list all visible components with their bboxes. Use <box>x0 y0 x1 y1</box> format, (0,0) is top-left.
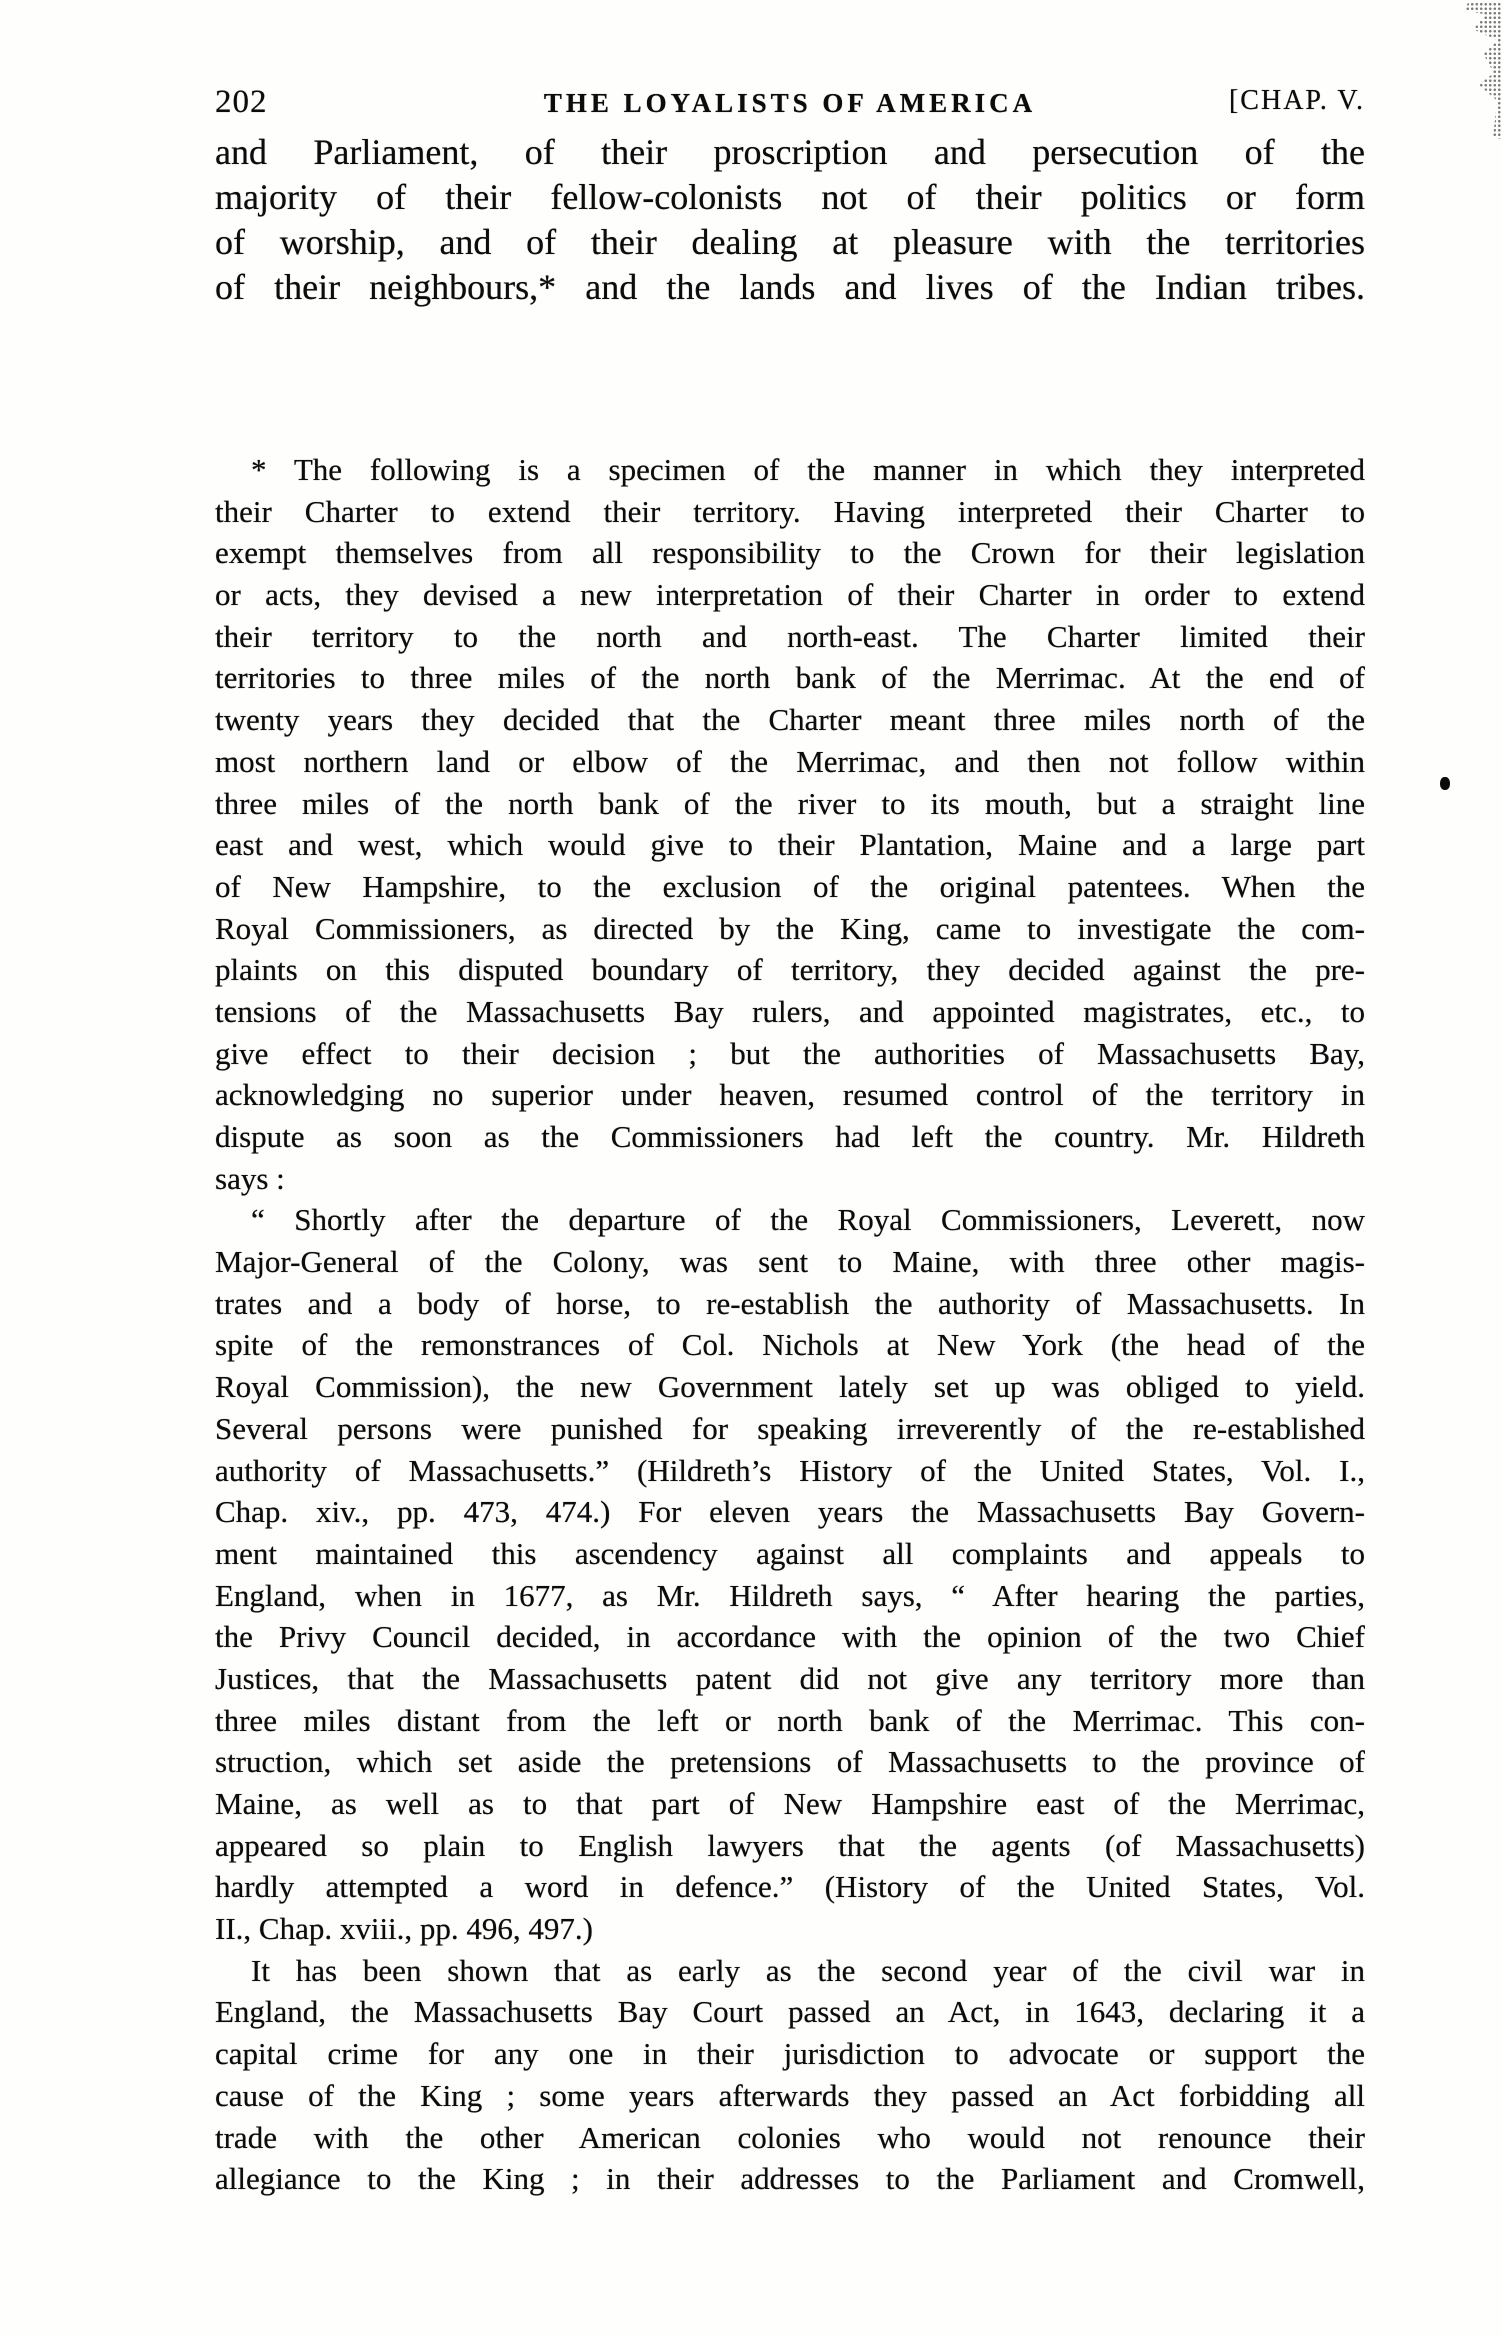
running-header: 202 THE LOYALISTS OF AMERICA [CHAP. V. <box>215 84 1365 124</box>
text-line: dispute as soon as the Commissioners had… <box>215 1116 1365 1158</box>
text-line: their territory to the north and north-e… <box>215 616 1365 658</box>
text-line: * The following is a specimen of the man… <box>215 449 1365 491</box>
ink-spot-artifact <box>1440 777 1450 790</box>
text-line: Chap. xiv., pp. 473, 474.) For eleven ye… <box>215 1491 1365 1533</box>
text-line: ment maintained this ascendency against … <box>215 1533 1365 1575</box>
book-page: 202 THE LOYALISTS OF AMERICA [CHAP. V. a… <box>0 0 1502 2336</box>
text-line: II., Chap. xviii., pp. 496, 497.) <box>215 1908 1365 1950</box>
text-line: allegiance to the King ; in their addres… <box>215 2158 1365 2200</box>
text-line: Justices, that the Massachusetts patent … <box>215 1658 1365 1700</box>
text-line: of their neighbours,* and the lands and … <box>215 265 1365 310</box>
text-line: the Privy Council decided, in accordance… <box>215 1616 1365 1658</box>
text-line: Major-General of the Colony, was sent to… <box>215 1241 1365 1283</box>
text-line: authority of Massachusetts.” (Hildreth’s… <box>215 1450 1365 1492</box>
text-line: plaints on this disputed boundary of ter… <box>215 949 1365 991</box>
text-line: England, the Massachusetts Bay Court pas… <box>215 1991 1365 2033</box>
text-line: of New Hampshire, to the exclusion of th… <box>215 866 1365 908</box>
text-line: appeared so plain to English lawyers tha… <box>215 1825 1365 1867</box>
text-line: territories to three miles of the north … <box>215 657 1365 699</box>
text-line: twenty years they decided that the Chart… <box>215 699 1365 741</box>
text-line: spite of the remonstrances of Col. Nicho… <box>215 1324 1365 1366</box>
text-line: struction, which set aside the pretensio… <box>215 1741 1365 1783</box>
footnote-block: * The following is a specimen of the man… <box>215 449 1365 2200</box>
text-line: and Parliament, of their proscription an… <box>215 130 1365 175</box>
text-line: three miles distant from the left or nor… <box>215 1700 1365 1742</box>
text-line: Royal Commissioners, as directed by the … <box>215 908 1365 950</box>
text-line: majority of their fellow-colonists not o… <box>215 175 1365 220</box>
opening-paragraph: and Parliament, of their proscription an… <box>215 130 1365 310</box>
text-line: of worship, and of their dealing at plea… <box>215 220 1365 265</box>
text-line: give effect to their decision ; but the … <box>215 1033 1365 1075</box>
text-line: their Charter to extend their territory.… <box>215 491 1365 533</box>
text-line: Maine, as well as to that part of New Ha… <box>215 1783 1365 1825</box>
text-line: hardly attempted a word in defence.” (Hi… <box>215 1866 1365 1908</box>
text-line: capital crime for any one in their juris… <box>215 2033 1365 2075</box>
text-line: “ Shortly after the departure of the Roy… <box>215 1199 1365 1241</box>
text-line: says : <box>215 1158 1365 1200</box>
text-line: trates and a body of horse, to re-establ… <box>215 1283 1365 1325</box>
footnote-paragraph: “ Shortly after the departure of the Roy… <box>215 1199 1365 1949</box>
text-line: east and west, which would give to their… <box>215 824 1365 866</box>
footnote-paragraph: It has been shown that as early as the s… <box>215 1950 1365 2200</box>
text-line: tensions of the Massachusetts Bay rulers… <box>215 991 1365 1033</box>
text-line: It has been shown that as early as the s… <box>215 1950 1365 1992</box>
footnote-paragraph: * The following is a specimen of the man… <box>215 449 1365 1199</box>
text-line: acknowledging no superior under heaven, … <box>215 1074 1365 1116</box>
running-title: THE LOYALISTS OF AMERICA <box>215 88 1365 119</box>
text-line: England, when in 1677, as Mr. Hildreth s… <box>215 1575 1365 1617</box>
text-line: most northern land or elbow of the Merri… <box>215 741 1365 783</box>
text-line: Several persons were punished for speaki… <box>215 1408 1365 1450</box>
text-line: trade with the other American colonies w… <box>215 2117 1365 2159</box>
chapter-label: [CHAP. V. <box>1229 85 1365 117</box>
text-line: Royal Commission), the new Government la… <box>215 1366 1365 1408</box>
scan-smudge-artifact <box>1461 2 1502 139</box>
text-line: or acts, they devised a new interpretati… <box>215 574 1365 616</box>
text-line: cause of the King ; some years afterward… <box>215 2075 1365 2117</box>
text-line: three miles of the north bank of the riv… <box>215 783 1365 825</box>
text-line: exempt themselves from all responsibilit… <box>215 532 1365 574</box>
